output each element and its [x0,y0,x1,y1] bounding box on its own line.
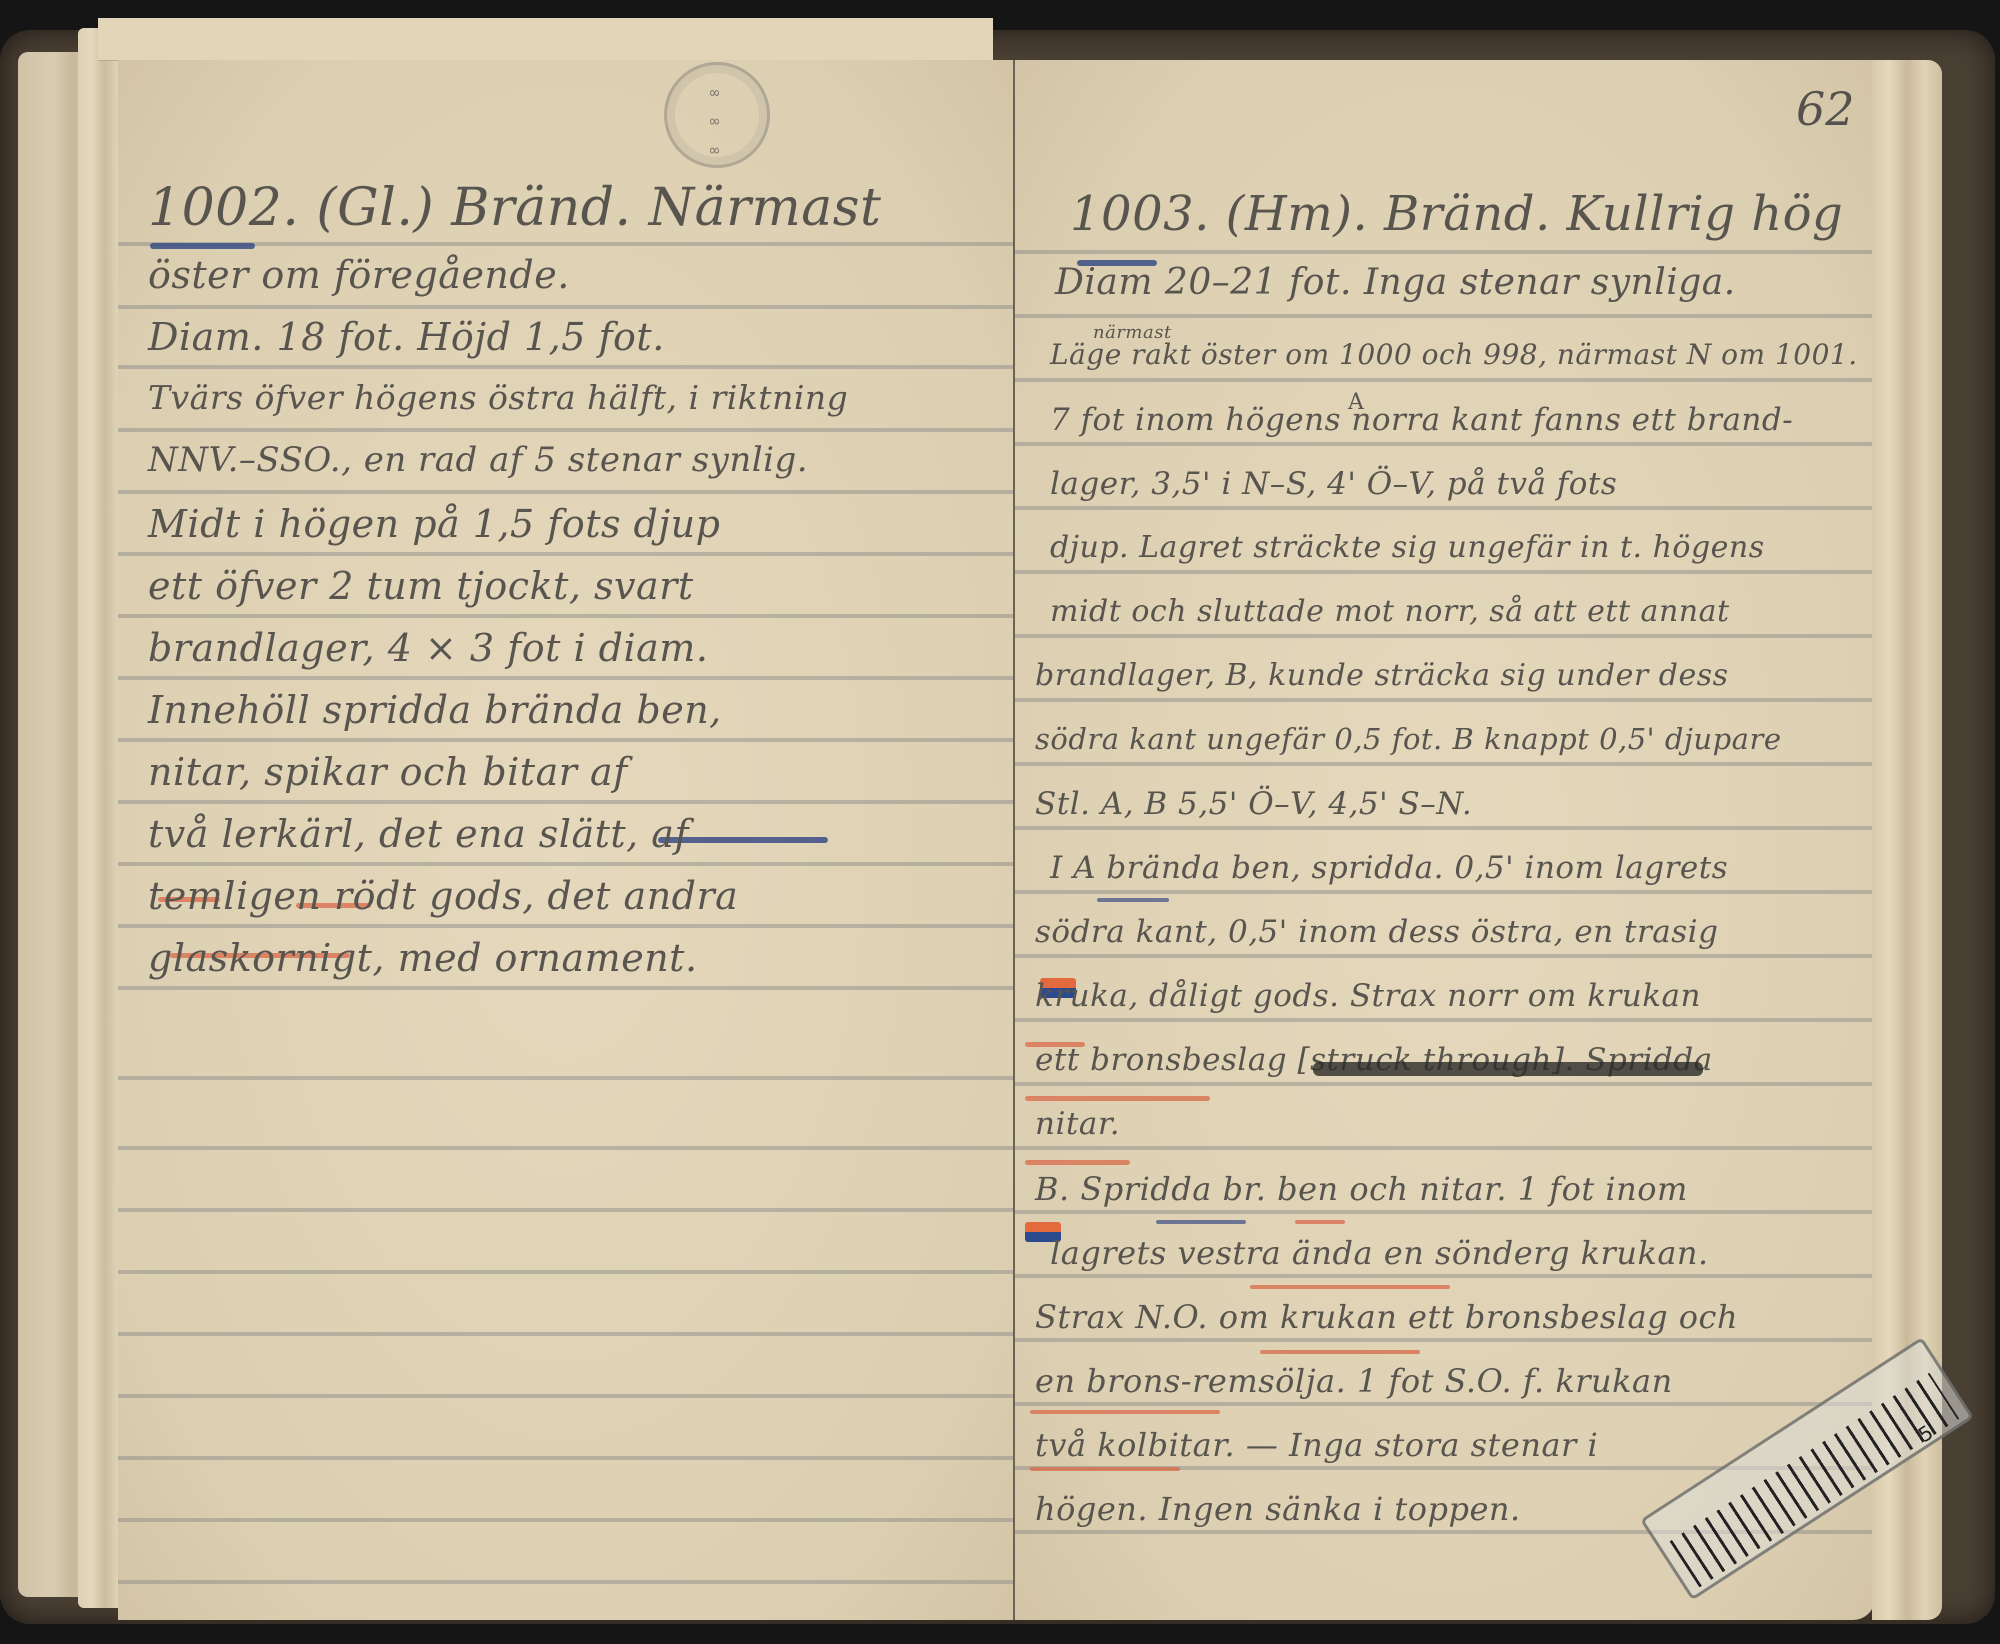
handwritten-line: lager, 3,5' i N–S, 4' Ö–V, på två fots [1050,466,1617,502]
handwritten-line: brandlager, B, kunde sträcka sig under d… [1035,658,1728,693]
rule-line [118,676,1013,680]
rule-line [118,1394,1013,1398]
rule-line [118,1332,1013,1336]
rule-line [118,1518,1013,1522]
rule-line [1015,506,1875,510]
rule-line [118,428,1013,432]
rule-line [1015,634,1875,638]
red-underline [1025,1160,1130,1165]
rule-line [118,924,1013,928]
red-underline [1030,1410,1220,1414]
library-stamp: ∞ ∞ ∞ [664,62,770,168]
handwritten-line: B. Spridda br. ben och nitar. 1 fot inom [1035,1170,1688,1208]
entry-1002-heading: 1002. (Gl.) Bränd. Närmast [148,178,881,238]
handwritten-line: Diam. 18 fot. Höjd 1,5 fot. [148,315,665,359]
rule-line [1015,698,1875,702]
blue-underline [150,243,255,249]
rule-line [1015,570,1875,574]
handwritten-line: Läge rakt öster om 1000 och 998, närmast… [1050,338,1858,371]
rule-line [1015,954,1875,958]
rule-line [1015,1146,1875,1150]
rule-line [118,862,1013,866]
rule-line [1015,826,1875,830]
rule-line [118,1456,1013,1460]
handwritten-line: Midt i högen på 1,5 fots djup [148,502,720,546]
rule-line [1015,442,1875,446]
handwritten-line: Diam 20–21 fot. Inga stenar synliga. [1055,262,1736,303]
handwritten-line: två lerkärl, det ena slätt, af [148,812,689,856]
rule-line [1015,762,1875,766]
rule-line [118,1270,1013,1274]
rule-line [118,305,1013,309]
handwritten-line: Tvärs öfver högens östra hälft, i riktni… [148,378,848,417]
handwritten-line: två kolbitar. — Inga stora stenar i [1035,1426,1598,1464]
handwritten-line: Innehöll spridda brända ben, [148,688,722,732]
rule-line [1015,890,1875,894]
red-underline [1030,1467,1180,1471]
handwritten-line: djup. Lagret sträckte sig ungefär in t. … [1050,530,1765,565]
rule-line [1015,1338,1875,1342]
right-page: 62 1003. (Hm). Bränd. Kullrig hög Diam 2… [1015,60,1875,1620]
entry-1003-heading: 1003. (Hm). Bränd. Kullrig hög [1070,186,1843,242]
red-underline [1295,1220,1345,1224]
handwritten-line: Stl. A, B 5,5' Ö–V, 4,5' S–N. [1035,786,1472,822]
rule-line [1015,314,1875,318]
handwritten-line: ett öfver 2 tum tjockt, svart [148,564,694,608]
blue-underline [1156,1220,1246,1224]
handwritten-line: midt och sluttade mot norr, så att ett a… [1050,594,1730,629]
rule-line [1015,1018,1875,1022]
handwritten-line: nitar, spikar och bitar af [148,750,628,794]
blue-underline [1097,898,1169,902]
handwritten-line: I A brända ben, spridda. 0,5' inom lagre… [1050,850,1728,886]
handwritten-line: NNV.–SSO., en rad af 5 stenar synlig. [148,440,808,480]
handwritten-line: högen. Ingen sänka i toppen. [1035,1490,1521,1528]
rule-line [1015,1402,1875,1406]
handwritten-line: Strax N.O. om krukan ett bronsbeslag och [1035,1298,1738,1336]
handwritten-line: öster om föregående. [148,253,570,297]
rule-line [1015,1210,1875,1214]
rule-line [118,614,1013,618]
handwritten-line: temligen rödt gods, det andra [148,874,738,918]
rule-line [118,365,1013,369]
handwritten-line: lagrets vestra ända en sönderg krukan. [1050,1234,1709,1272]
rule-line [118,1580,1013,1584]
rule-line [118,738,1013,742]
rule-line [1015,1274,1875,1278]
handwritten-line: glaskornigt, med ornament. [148,936,698,980]
handwritten-line: en brons-remsölja. 1 fot S.O. f. krukan [1035,1362,1673,1400]
handwritten-line: södra kant, 0,5' inom dess östra, en tra… [1035,914,1718,950]
left-page: ∞ ∞ ∞ 1002. (Gl.) Bränd. Närmast öster o… [118,60,1015,1620]
rule-line [1015,250,1875,254]
rule-line [118,552,1013,556]
rule-line [118,986,1013,990]
stamp-text: ∞ ∞ ∞ [705,83,724,159]
handwritten-line: kruka, dåligt gods. Strax norr om krukan [1035,978,1701,1014]
handwritten-line: 7 fot inom högens norra kant fanns ett b… [1050,402,1793,438]
rule-line [1015,378,1875,382]
page-number: 62 [1796,82,1855,136]
left-page-edges [78,28,118,1608]
rule-line [118,800,1013,804]
rule-line [118,1208,1013,1212]
handwritten-line: nitar. [1035,1106,1120,1142]
rule-line [118,1146,1013,1150]
top-page-flap [98,18,993,61]
rule-line [118,1076,1013,1080]
handwritten-line: brandlager, 4 × 3 fot i diam. [148,626,708,670]
red-underline [1025,1096,1210,1101]
strikethrough-mark [1313,1062,1703,1076]
red-underline [1260,1350,1420,1354]
handwritten-line: södra kant ungefär 0,5 fot. B knappt 0,5… [1035,722,1781,756]
red-underline [1250,1285,1450,1289]
rule-line [118,490,1013,494]
rule-line [1015,1082,1875,1086]
